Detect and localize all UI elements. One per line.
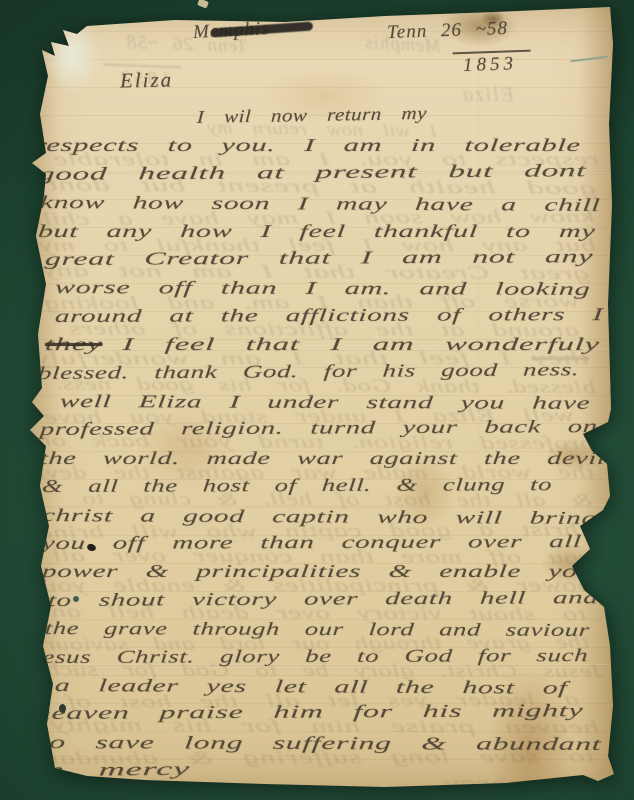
- letter-line: great Creator that I am not any: [44, 243, 594, 272]
- letter-line-text: I wil now return my: [196, 103, 427, 127]
- letter-line-text: I feel that I am wonderfuly: [122, 334, 601, 354]
- letter-line: power & principalities & enable you: [41, 558, 593, 584]
- letter-line: worse off than I am. and looking: [54, 274, 591, 302]
- year-text: 1853: [453, 50, 532, 78]
- edge-smudge: [23, 422, 33, 458]
- letter-line-text: great Creator that I am not any: [44, 246, 593, 269]
- letter-line: theyI feel that I am wonderfuly: [44, 331, 601, 357]
- letter-line: to shout victory over death hell and: [47, 584, 599, 613]
- letter-line: christ a good captin who will bring: [41, 502, 598, 531]
- letter-line: good health at present but dont: [37, 157, 587, 187]
- letter-line-text: the world. made war against the devil: [39, 448, 606, 468]
- letter-line: professed religion. turnd your back on: [39, 413, 599, 442]
- letter-line: you off more than conquer over all: [41, 528, 583, 556]
- letter-line: respects to you. I am in tolerable: [34, 132, 582, 158]
- letter-line-text: a leader yes let all the host of: [54, 675, 568, 698]
- letter-line: Jesus Christ. glory be to God for such: [29, 642, 589, 670]
- letter-line-text: know how soon I may have a chill: [39, 192, 601, 215]
- letter-line-text: professed religion. turnd your back on: [39, 416, 598, 439]
- letter-line-text: to shout victory over death hell and: [47, 587, 599, 610]
- letter-paper-wrap: Memphis Tenn 26 ~58 1853 Eliza I wil now…: [0, 0, 634, 800]
- letter-line: in mercy: [34, 756, 191, 783]
- letter-line: & all the host of hell. & clung to: [41, 471, 553, 499]
- date-text: Tenn 26 ~58: [387, 18, 509, 44]
- letter-line: know how soon I may have a chill: [39, 189, 601, 218]
- struck-word: they: [44, 334, 103, 354]
- letter-paper: Memphis Tenn 26 ~58 1853 Eliza I wil now…: [25, 4, 615, 792]
- letter-content: Memphis Tenn 26 ~58 1853 Eliza I wil now…: [25, 4, 615, 792]
- letter-line-text: blessed. thank God. for his good ness.: [37, 359, 580, 383]
- letter-line-text: but any how I feel thankful to my: [37, 221, 596, 241]
- letter-line-text: respects to you. I am in tolerable: [34, 135, 581, 155]
- letter-line-text: & all the host of hell. & clung to: [41, 474, 553, 496]
- letter-line: the grave through our lord and saviour: [44, 615, 591, 643]
- pencil-mark: [570, 56, 608, 63]
- photo-background: Memphis Tenn 26 ~58 1853 Eliza I wil now…: [0, 0, 634, 800]
- letter-line-text: the grave through our lord and saviour: [44, 618, 590, 640]
- ink-speck: [27, 244, 33, 254]
- letter-line-text: you off more than conquer over all: [41, 531, 582, 553]
- letter-line-text: worse off than I am. and looking: [54, 277, 591, 299]
- letter-line: to save long suffering & abundant: [39, 729, 602, 757]
- letter-line: around at the afflictions of others I: [54, 301, 604, 329]
- letter-line: well Eliza I under stand you have: [59, 388, 591, 416]
- letter-line: but any how I feel thankful to my: [37, 218, 596, 244]
- letter-line: blessed. thank God. for his good ness.: [37, 356, 580, 386]
- letter-line-text: around at the afflictions of others I: [54, 304, 603, 326]
- letter-line-text: in mercy: [34, 759, 190, 780]
- letter-line: heaven praise him for his mighty: [34, 698, 584, 727]
- edge-smudge: [23, 99, 36, 145]
- letter-line-text: well Eliza I under stand you have: [59, 391, 591, 413]
- letter-line-text: good health at present but dont: [37, 160, 587, 184]
- letter-line-text: to save long suffering & abundant: [39, 732, 602, 754]
- letter-line-text: power & principalities & enable you: [41, 561, 593, 581]
- letter-line: I wil now return my: [196, 100, 427, 130]
- letter-line-text: Jesus Christ. glory be to God for such: [29, 645, 589, 667]
- letter-line-text: christ a good captin who will bring: [41, 505, 597, 528]
- salutation: Eliza: [120, 68, 174, 94]
- letter-line-text: heaven praise him for his mighty: [34, 701, 584, 724]
- letter-line: a leader yes let all the host of: [54, 672, 568, 701]
- letter-line: the world. made war against the devil: [39, 445, 606, 471]
